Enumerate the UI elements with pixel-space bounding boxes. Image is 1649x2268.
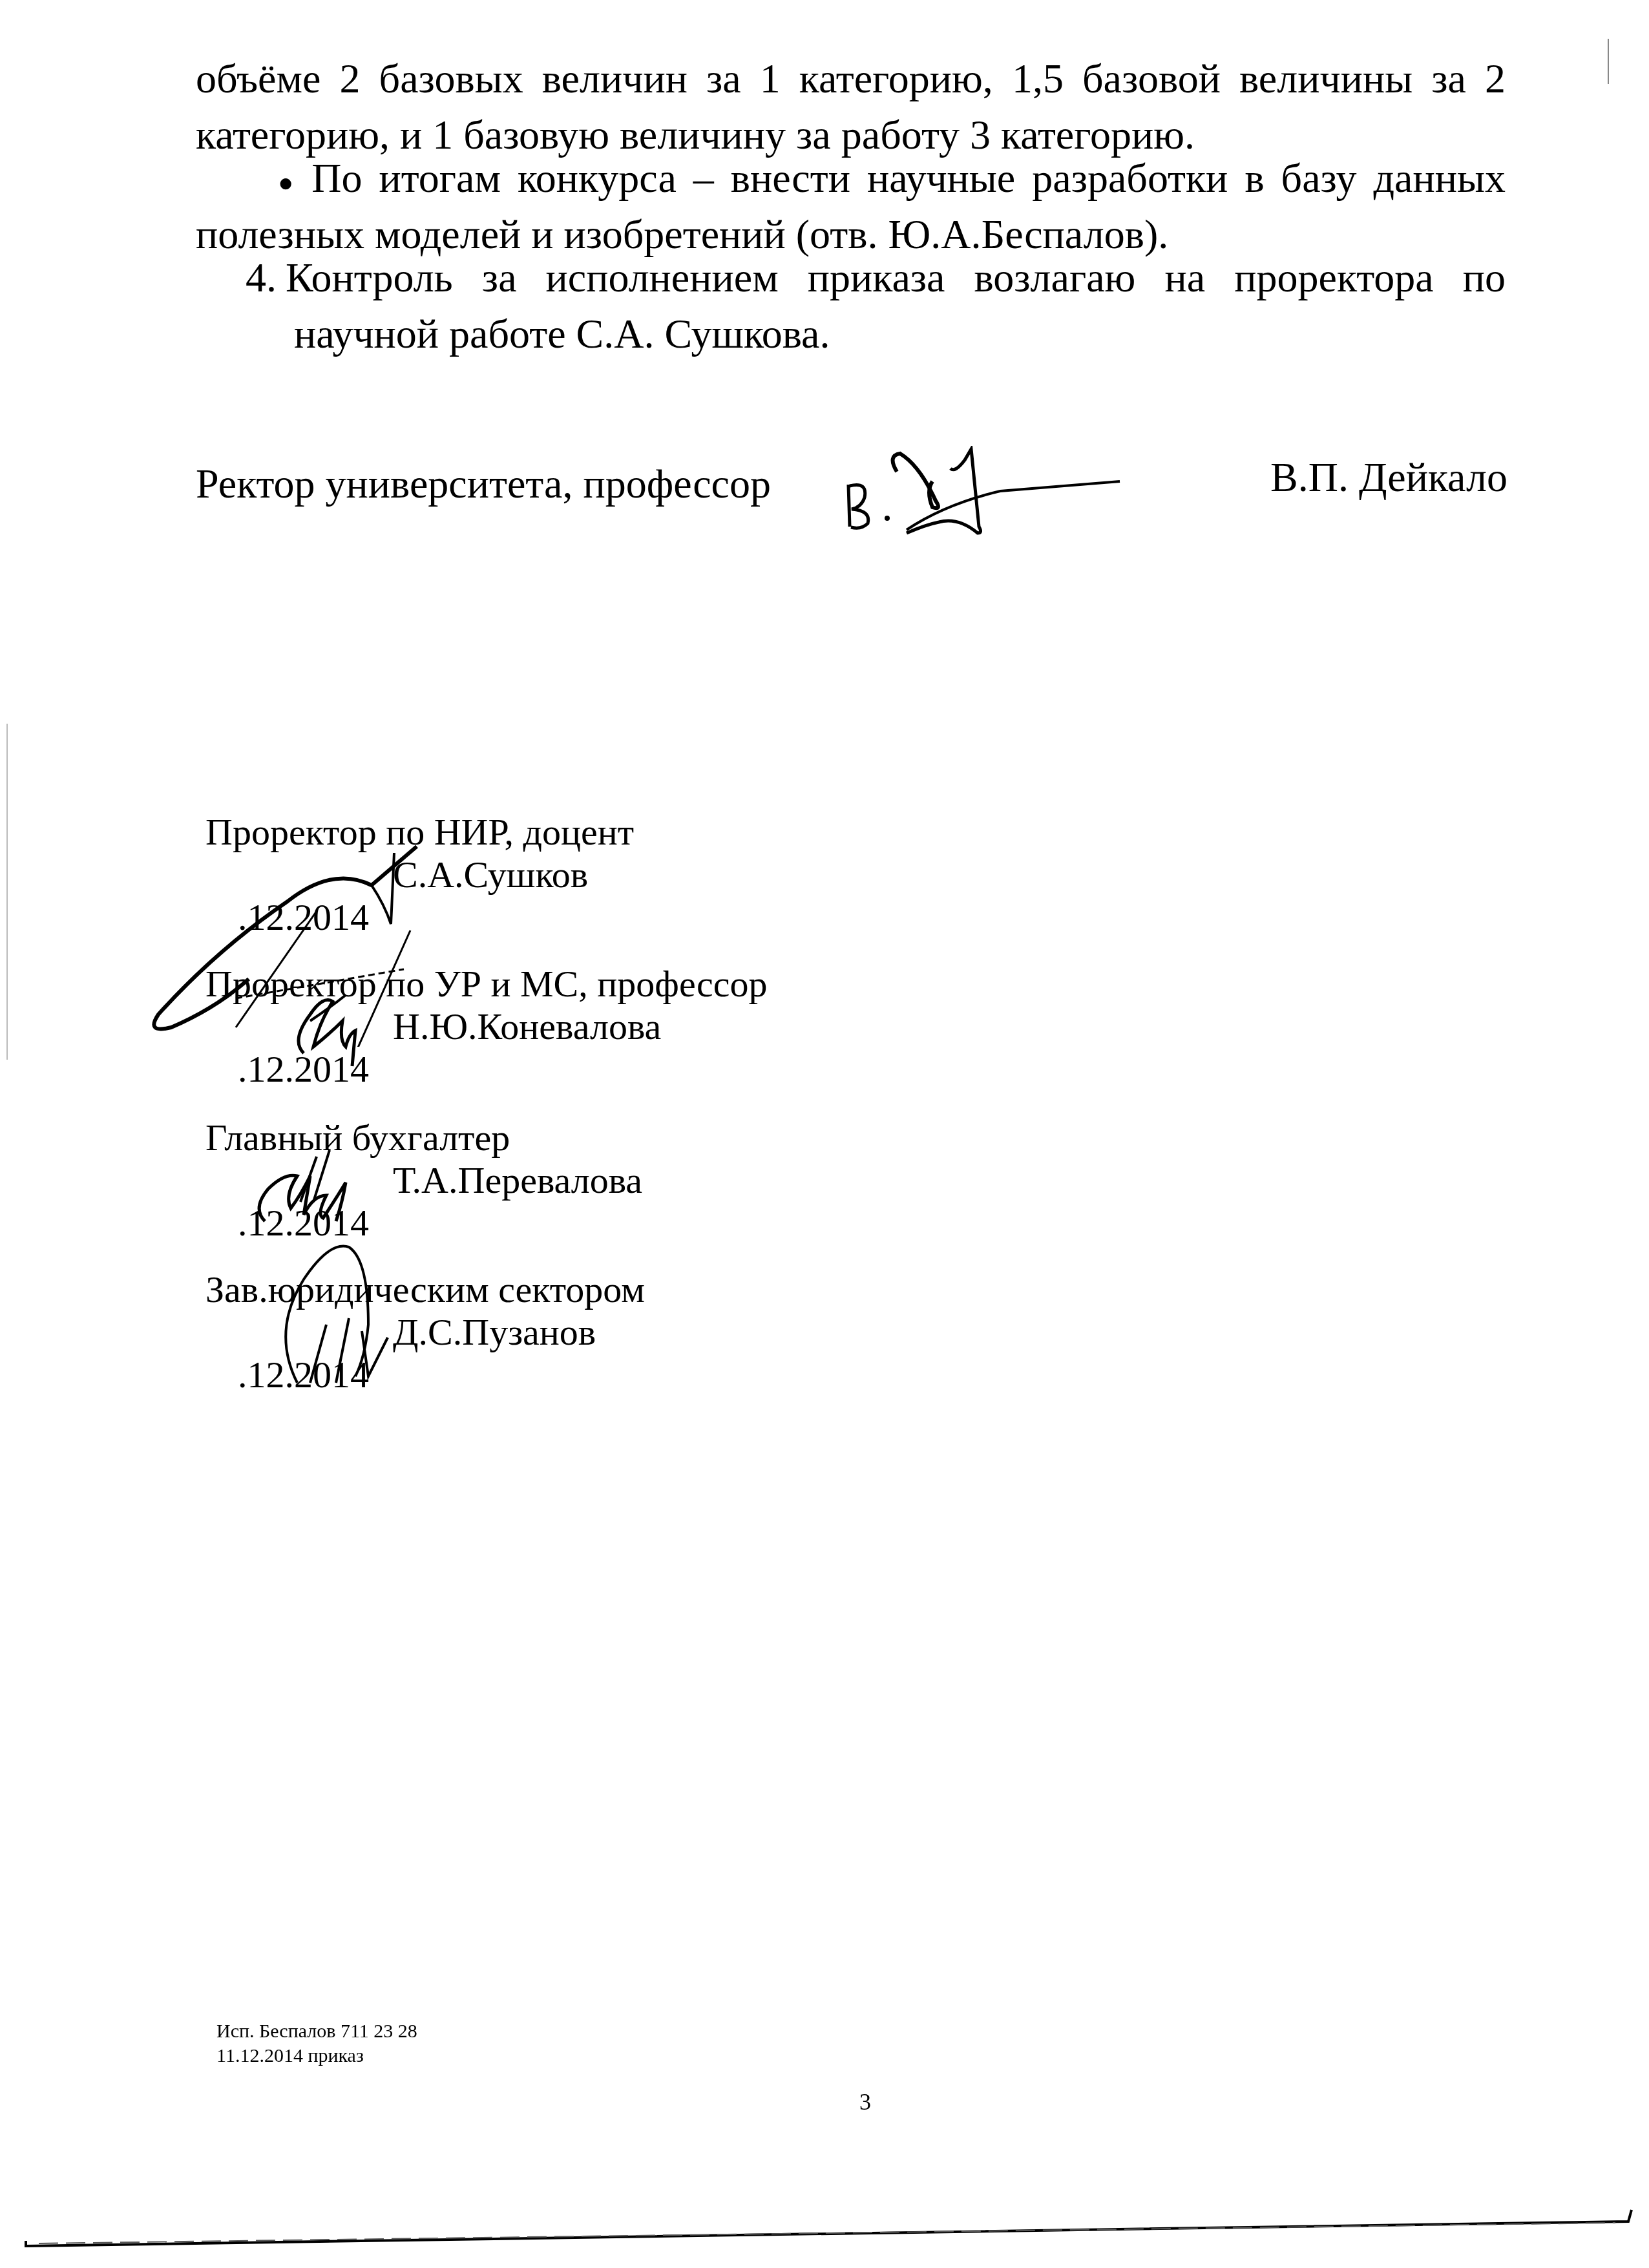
scan-edge-line <box>0 2184 1649 2249</box>
bullet-item: ●По итогам конкурса – внести научные раз… <box>278 150 1506 211</box>
signatory-name: В.П. Дейкало <box>1270 454 1507 501</box>
page-number: 3 <box>859 2088 871 2116</box>
footer-note: Исп. Беспалов 711 23 28 11.12.2014 прика… <box>216 2019 417 2068</box>
bullet-icon: ● <box>278 168 300 197</box>
numbered-item-4: 4.Контроль за исполнением приказа возлаг… <box>246 249 1506 306</box>
executor-line: Исп. Беспалов 711 23 28 <box>216 2019 417 2044</box>
rector-signature-icon <box>835 446 1133 536</box>
item4-text-line1: Контроль за исполнением приказа возлагаю… <box>286 255 1506 300</box>
item-number: 4. <box>246 255 277 300</box>
document-page: объёме 2 базовых величин за 1 категорию,… <box>0 0 1649 2268</box>
approval-signature-icon <box>284 982 375 1073</box>
item4-text-line2: научной работе С.А. Сушкова. <box>294 306 1506 362</box>
signatory-title: Ректор университета, профессор <box>196 460 771 508</box>
bullet-text-line1: По итогам конкурса – внести научные разр… <box>311 155 1506 201</box>
scan-margin-mark <box>1608 39 1609 84</box>
signatory-block: Ректор университета, профессор В.П. Дейк… <box>196 452 1507 530</box>
document-reference: 11.12.2014 приказ <box>216 2044 417 2068</box>
scan-margin-mark <box>6 724 8 1060</box>
approval-signature-icon <box>258 1228 414 1396</box>
approval-signature-icon <box>239 1137 381 1228</box>
paragraph-continuation-line1: объёме 2 базовых величин за 1 категорию,… <box>196 50 1506 107</box>
